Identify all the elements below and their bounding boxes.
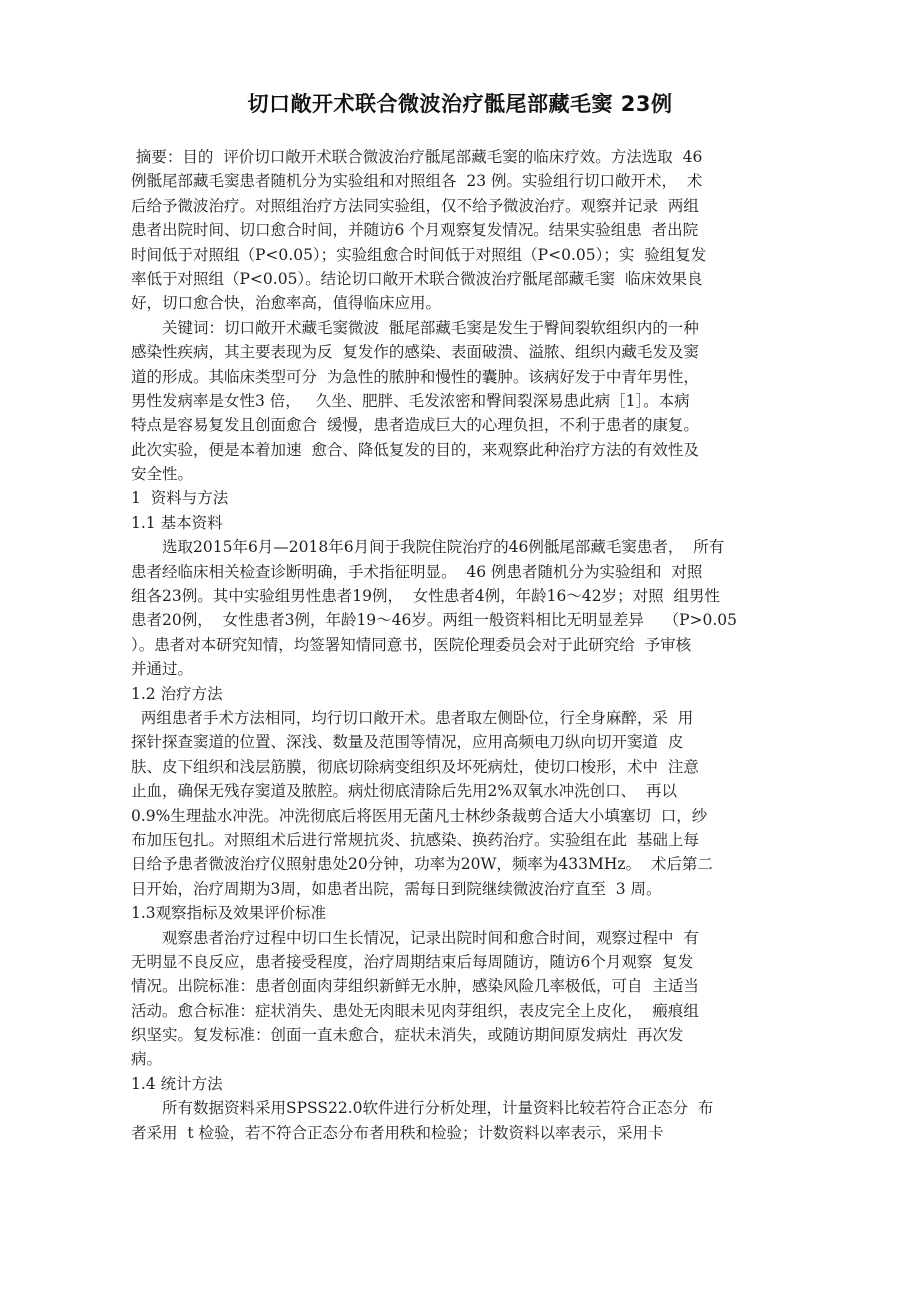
- paragraph-line: 活动。愈合标准：症状消失、患处无肉眼未见肉芽组织，表皮完全上皮化， 瘢痕组: [131, 999, 811, 1023]
- paragraph-line: ）。患者对本研究知情，均签署知情同意书，医院伦理委员会对于此研究给 予审核: [131, 633, 811, 657]
- paragraph-line: 组各23例。其中实验组男性患者19例， 女性患者4例，年龄16～42岁；对照 组…: [131, 584, 811, 608]
- paragraph-line: 0.9%生理盐水冲洗。冲洗彻底后将医用无菌凡士林纱条裁剪合适大小填塞切 口，纱: [131, 804, 811, 828]
- paragraph-line: 病。: [131, 1047, 811, 1071]
- paragraph-line: 情况。出院标准：患者创面肉芽组织新鲜无水肿，感染风险几率极低，可自 主适当: [131, 974, 811, 998]
- paragraph-line: 后给予微波治疗。对照组治疗方法同实验组，仅不给予微波治疗。观察并记录 两组: [131, 194, 811, 218]
- paragraph-line: 织坚实。复发标准：创面一直未愈合，症状未消失，或随访期间原发病灶 再次发: [131, 1023, 811, 1047]
- paragraph-line: 好，切口愈合快，治愈率高，值得临床应用。: [131, 291, 811, 315]
- paragraph-line: 感染性疾病，其主要表现为反 复发作的感染、表面破溃、溢脓、组织内藏毛发及窦: [131, 340, 811, 364]
- paragraph-line: 肤、皮下组织和浅层筋膜，彻底切除病变组织及坏死病灶，使切口梭形，术中 注意: [131, 755, 811, 779]
- paragraph-line: 日给予患者微波治疗仪照射患处20分钟，功率为20W，频率为433MHz。 术后第…: [131, 852, 811, 876]
- paragraph-line: 所有数据资料采用SPSS22.0软件进行分析处理，计量资料比较若符合正态分 布: [131, 1096, 811, 1120]
- paragraph-line: 患者出院时间、切口愈合时间，并随访6 个月观察复发情况。结果实验组患 者出院: [131, 218, 811, 242]
- paragraph-line: 无明显不良反应，患者接受程度，治疗周期结束后每周随访，随访6个月观察 复发: [131, 950, 811, 974]
- paragraph-line: 布加压包扎。对照组术后进行常规抗炎、抗感染、换药治疗。实验组在此 基础上每: [131, 828, 811, 852]
- document-title: 切口敞开术联合微波治疗骶尾部藏毛窦 23例: [0, 88, 920, 118]
- paragraph-line: 率低于对照组（P<0.05）。结论切口敞开术联合微波治疗骶尾部藏毛窦 临床效果良: [131, 267, 811, 291]
- section-heading: 1.2 治疗方法: [131, 682, 811, 706]
- paragraph-line: 时间低于对照组（P<0.05）；实验组愈合时间低于对照组（P<0.05）；实 验…: [131, 243, 811, 267]
- paragraph-line: 男性发病率是女性3 倍， 久坐、肥胖、毛发浓密和臀间裂深易患此病［1］。本病: [131, 389, 811, 413]
- paragraph-line: 并通过。: [131, 657, 811, 681]
- paragraph-line: 观察患者治疗过程中切口生长情况，记录出院时间和愈合时间，观察过程中 有: [131, 926, 811, 950]
- paragraph-line: 摘要：目的 评价切口敞开术联合微波治疗骶尾部藏毛窦的临床疗效。方法选取 46: [131, 145, 811, 169]
- paragraph-line: 两组患者手术方法相同，均行切口敞开术。患者取左侧卧位，行全身麻醉，采 用: [131, 706, 811, 730]
- document-body: 摘要：目的 评价切口敞开术联合微波治疗骶尾部藏毛窦的临床疗效。方法选取 46例骶…: [131, 145, 811, 1145]
- paragraph-line: 道的形成。其临床类型可分 为急性的脓肿和慢性的囊肿。该病好发于中青年男性，: [131, 365, 811, 389]
- paragraph-line: 止血，确保无残存窦道及脓腔。病灶彻底清除后先用2%双氧水冲洗创口、 再以: [131, 779, 811, 803]
- paragraph-line: 患者20例， 女性患者3例，年龄19～46岁。两组一般资料相比无明显差异 （P>…: [131, 608, 811, 632]
- paragraph-line: 此次实验，便是本着加速 愈合、降低复发的目的，来观察此种治疗方法的有效性及: [131, 438, 811, 462]
- paragraph-line: 者采用 t 检验，若不符合正态分布者用秩和检验；计数资料以率表示，采用卡: [131, 1121, 811, 1145]
- paragraph-line: 选取2015年6月—2018年6月间于我院住院治疗的46例骶尾部藏毛窦患者， 所…: [131, 535, 811, 559]
- paragraph-line: 日开始，治疗周期为3周，如患者出院，需每日到院继续微波治疗直至 3 周。: [131, 877, 811, 901]
- paragraph-line: 特点是容易复发且创面愈合 缓慢，患者造成巨大的心理负担，不利于患者的康复。: [131, 413, 811, 437]
- section-heading: 1.3观察指标及效果评价标准: [131, 901, 811, 925]
- section-heading: 1 资料与方法: [131, 486, 811, 510]
- document-page: 切口敞开术联合微波治疗骶尾部藏毛窦 23例 摘要：目的 评价切口敞开术联合微波治…: [0, 0, 920, 1302]
- section-heading: 1.4 统计方法: [131, 1072, 811, 1096]
- paragraph-line: 患者经临床相关检查诊断明确，手术指征明显。 46 例患者随机分为实验组和 对照: [131, 560, 811, 584]
- paragraph-line: 例骶尾部藏毛窦患者随机分为实验组和对照组各 23 例。实验组行切口敞开术， 术: [131, 169, 811, 193]
- section-heading: 1.1 基本资料: [131, 511, 811, 535]
- paragraph-line: 安全性。: [131, 462, 811, 486]
- paragraph-line: 关键词：切口敞开术藏毛窦微波 骶尾部藏毛窦是发生于臀间裂软组织内的一种: [131, 316, 811, 340]
- paragraph-line: 探针探查窦道的位置、深浅、数量及范围等情况，应用高频电刀纵向切开窦道 皮: [131, 730, 811, 754]
